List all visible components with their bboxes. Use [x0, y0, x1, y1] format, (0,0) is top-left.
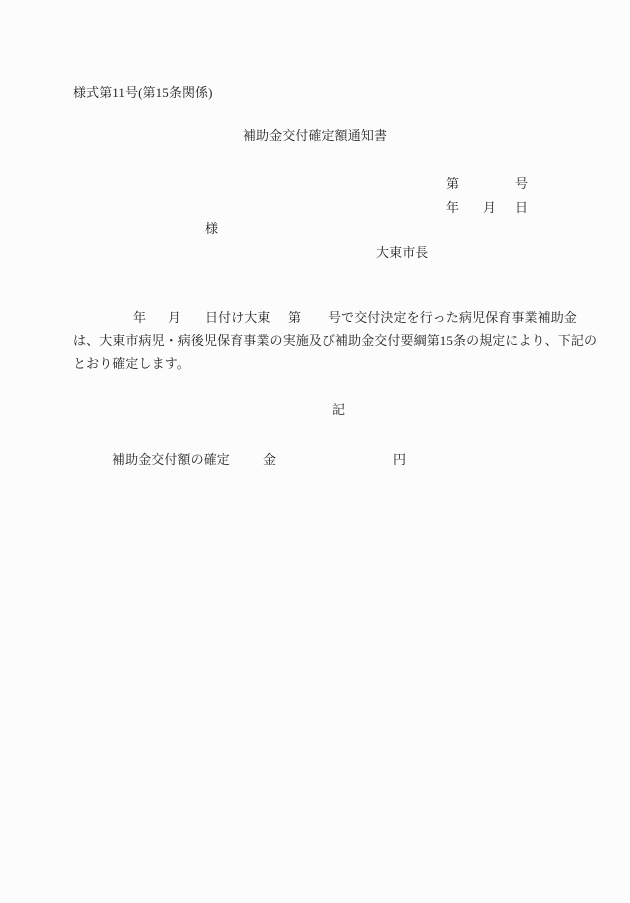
date-year-label: 年	[446, 201, 459, 215]
body-line1-rest: 号で交付決定を行った病児保育事業補助金	[328, 311, 577, 325]
date-month-label: 月	[483, 201, 496, 215]
body-line1-date-suffix: 日付け大東	[205, 311, 271, 325]
body-line1-number-prefix: 第	[288, 311, 301, 325]
addressee-honorific: 様	[205, 222, 218, 236]
body-line1-year-label: 年	[133, 311, 146, 325]
record-marker: 記	[332, 403, 345, 417]
amount-label: 補助金交付額の確定	[112, 453, 230, 467]
form-number: 様式第11号(第15条関係)	[73, 86, 213, 100]
document-title: 補助金交付確定額通知書	[0, 129, 630, 143]
body-line1-month-label: 月	[168, 311, 181, 325]
amount-currency-prefix: 金	[263, 453, 276, 467]
amount-currency-suffix: 円	[393, 453, 406, 467]
date-day-label: 日	[515, 201, 528, 215]
document-page: 様式第11号(第15条関係) 補助金交付確定額通知書 第 号 年 月 日 様 大…	[0, 0, 630, 903]
sender-name: 大東市長	[376, 246, 428, 260]
reference-number-suffix: 号	[515, 177, 528, 191]
body-line2: は、大東市病児・病後児保育事業の実施及び補助金交付要綱第15条の規定により、下記…	[73, 334, 597, 348]
body-line3: とおり確定します。	[73, 357, 190, 371]
reference-number-prefix: 第	[446, 177, 459, 191]
